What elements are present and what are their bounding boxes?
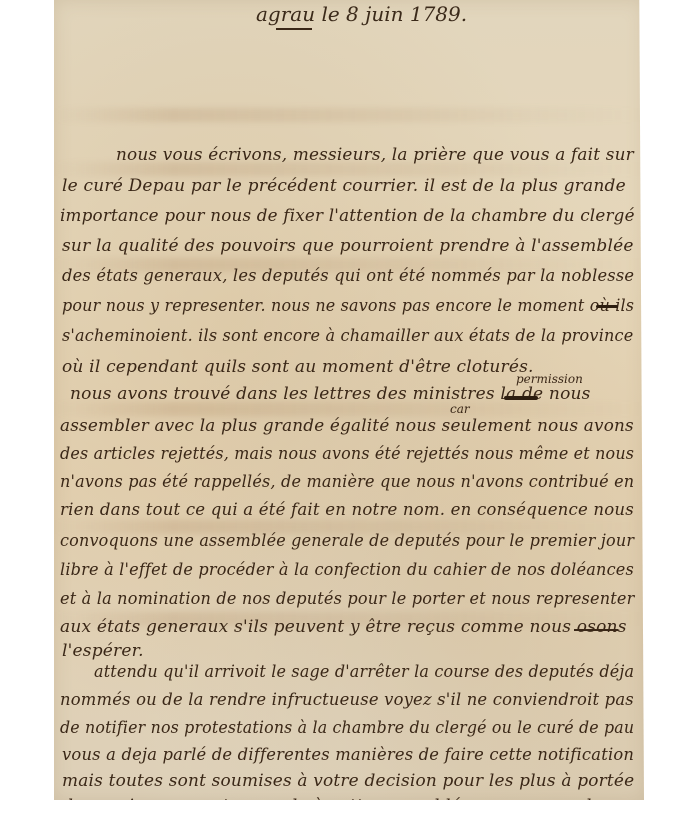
letter-line-22: vous a deja parlé de differentes manière… bbox=[62, 745, 634, 765]
letter-line-24: de savoir comment on parle à cette assem… bbox=[62, 796, 602, 800]
strikethrough-mark bbox=[504, 396, 538, 400]
letter-line-23: mais toutes sont soumises à votre decisi… bbox=[62, 771, 634, 791]
letter-line-14: convoquons une assemblée generale de dep… bbox=[60, 531, 634, 551]
letter-date-header: agrau le 8 juin 1789. bbox=[256, 2, 467, 26]
letter-line-10: assembler avec la plus grande égalité no… bbox=[60, 416, 634, 436]
letter-line-4: sur la qualité des pouvoirs que pourroie… bbox=[62, 236, 634, 256]
bleed-through-stain bbox=[54, 402, 644, 416]
letter-line-1: nous vous écrivons, messieurs, la prière… bbox=[116, 145, 634, 165]
letter-line-15: libre à l'effet de procéder à la confect… bbox=[60, 560, 634, 580]
letter-line-7: s'acheminoient. ils sont encore à chamai… bbox=[62, 326, 633, 346]
interlinear-insertion-permission: permission bbox=[516, 372, 583, 386]
letter-line-2: le curé Depau par le précédent courrier.… bbox=[62, 176, 626, 196]
letter-line-9: nous avons trouvé dans les lettres des m… bbox=[70, 384, 591, 404]
letter-line-21: de notifier nos protestations à la chamb… bbox=[60, 718, 634, 738]
letter-line-20: nommés ou de la rendre infructueuse voye… bbox=[60, 690, 634, 710]
letter-line-13: rien dans tout ce qui a été fait en notr… bbox=[60, 500, 634, 520]
letter-line-18: l'espérer. bbox=[62, 641, 144, 661]
letter-page: agrau le 8 juin 1789. nous vous écrivons… bbox=[54, 0, 644, 800]
letter-line-8: où il cependant quils sont au moment d'ê… bbox=[62, 357, 534, 377]
line-end-dash bbox=[574, 629, 618, 631]
letter-line-11: des articles rejettés, mais nous avons é… bbox=[60, 444, 634, 464]
letter-line-16: et à la nomination de nos deputés pour l… bbox=[60, 589, 634, 609]
letter-line-12: n'avons pas été rappellés, de manière qu… bbox=[60, 472, 634, 492]
strikethrough-mark bbox=[596, 305, 618, 308]
letter-line-6: pour nous y representer. nous ne savons … bbox=[62, 296, 634, 316]
letter-line-3: importance pour nous de fixer l'attentio… bbox=[60, 206, 635, 226]
letter-line-17: aux états generaux s'ils peuvent y être … bbox=[60, 617, 627, 637]
letter-line-5: des états generaux, les deputés qui ont … bbox=[62, 266, 634, 286]
date-underline bbox=[276, 28, 312, 30]
interlinear-insertion-car: car bbox=[450, 402, 470, 416]
letter-line-19: attendu qu'il arrivoit le sage d'arrêter… bbox=[94, 662, 634, 682]
bleed-through-stain bbox=[54, 108, 644, 122]
